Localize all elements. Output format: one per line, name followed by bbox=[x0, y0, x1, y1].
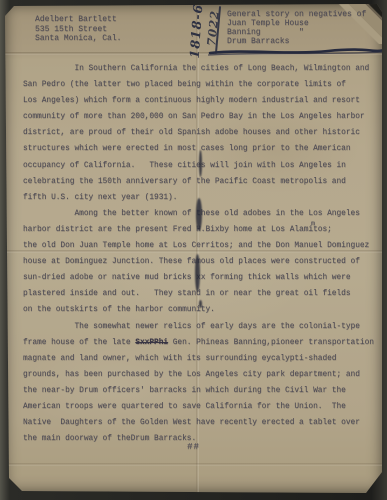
pen-underline-stroke bbox=[208, 46, 386, 58]
end-mark: ## bbox=[5, 442, 382, 452]
subject-item-drum-barracks: Drum Barracks bbox=[227, 37, 289, 46]
sender-city: Santa Monica, Cal. bbox=[35, 34, 121, 43]
handwritten-number-1: 1818-6 bbox=[187, 3, 206, 59]
ink-stain-2 bbox=[196, 198, 202, 231]
struck-out-word: SxxPPhi bbox=[135, 339, 168, 347]
paragraph-3-end: Gen. Phineas Banning,pioneer transportat… bbox=[23, 339, 374, 444]
paragraph-1: In Southern California the cities of Lon… bbox=[23, 61, 385, 206]
typed-correction-letter: m bbox=[311, 220, 315, 227]
subject-item-banning: Banning " bbox=[227, 28, 304, 37]
horizontal-fold-crease-bottom bbox=[5, 463, 382, 466]
ink-stain-3 bbox=[195, 254, 200, 292]
sender-street: 535 15th Street bbox=[35, 25, 107, 34]
paragraph-2: Among the better known of these old adob… bbox=[23, 206, 385, 319]
ink-stain-1 bbox=[199, 150, 202, 177]
subject-block: General story on negatives of Juan Templ… bbox=[227, 11, 366, 47]
subject-item-temple-house: Juan Temple House bbox=[227, 19, 309, 28]
letter-page: Adelbert Bartlett 535 15th Street Santa … bbox=[5, 4, 382, 493]
sender-address-block: Adelbert Bartlett 535 15th Street Santa … bbox=[35, 15, 121, 44]
ink-stain-4 bbox=[199, 300, 202, 308]
subject-title: General story on negatives of bbox=[227, 10, 366, 19]
sender-name: Adelbert Bartlett bbox=[35, 15, 117, 24]
paragraph-3: The somewhat newer relics of early days … bbox=[23, 319, 385, 448]
letter-body: In Southern California the cities of Lon… bbox=[23, 61, 385, 447]
